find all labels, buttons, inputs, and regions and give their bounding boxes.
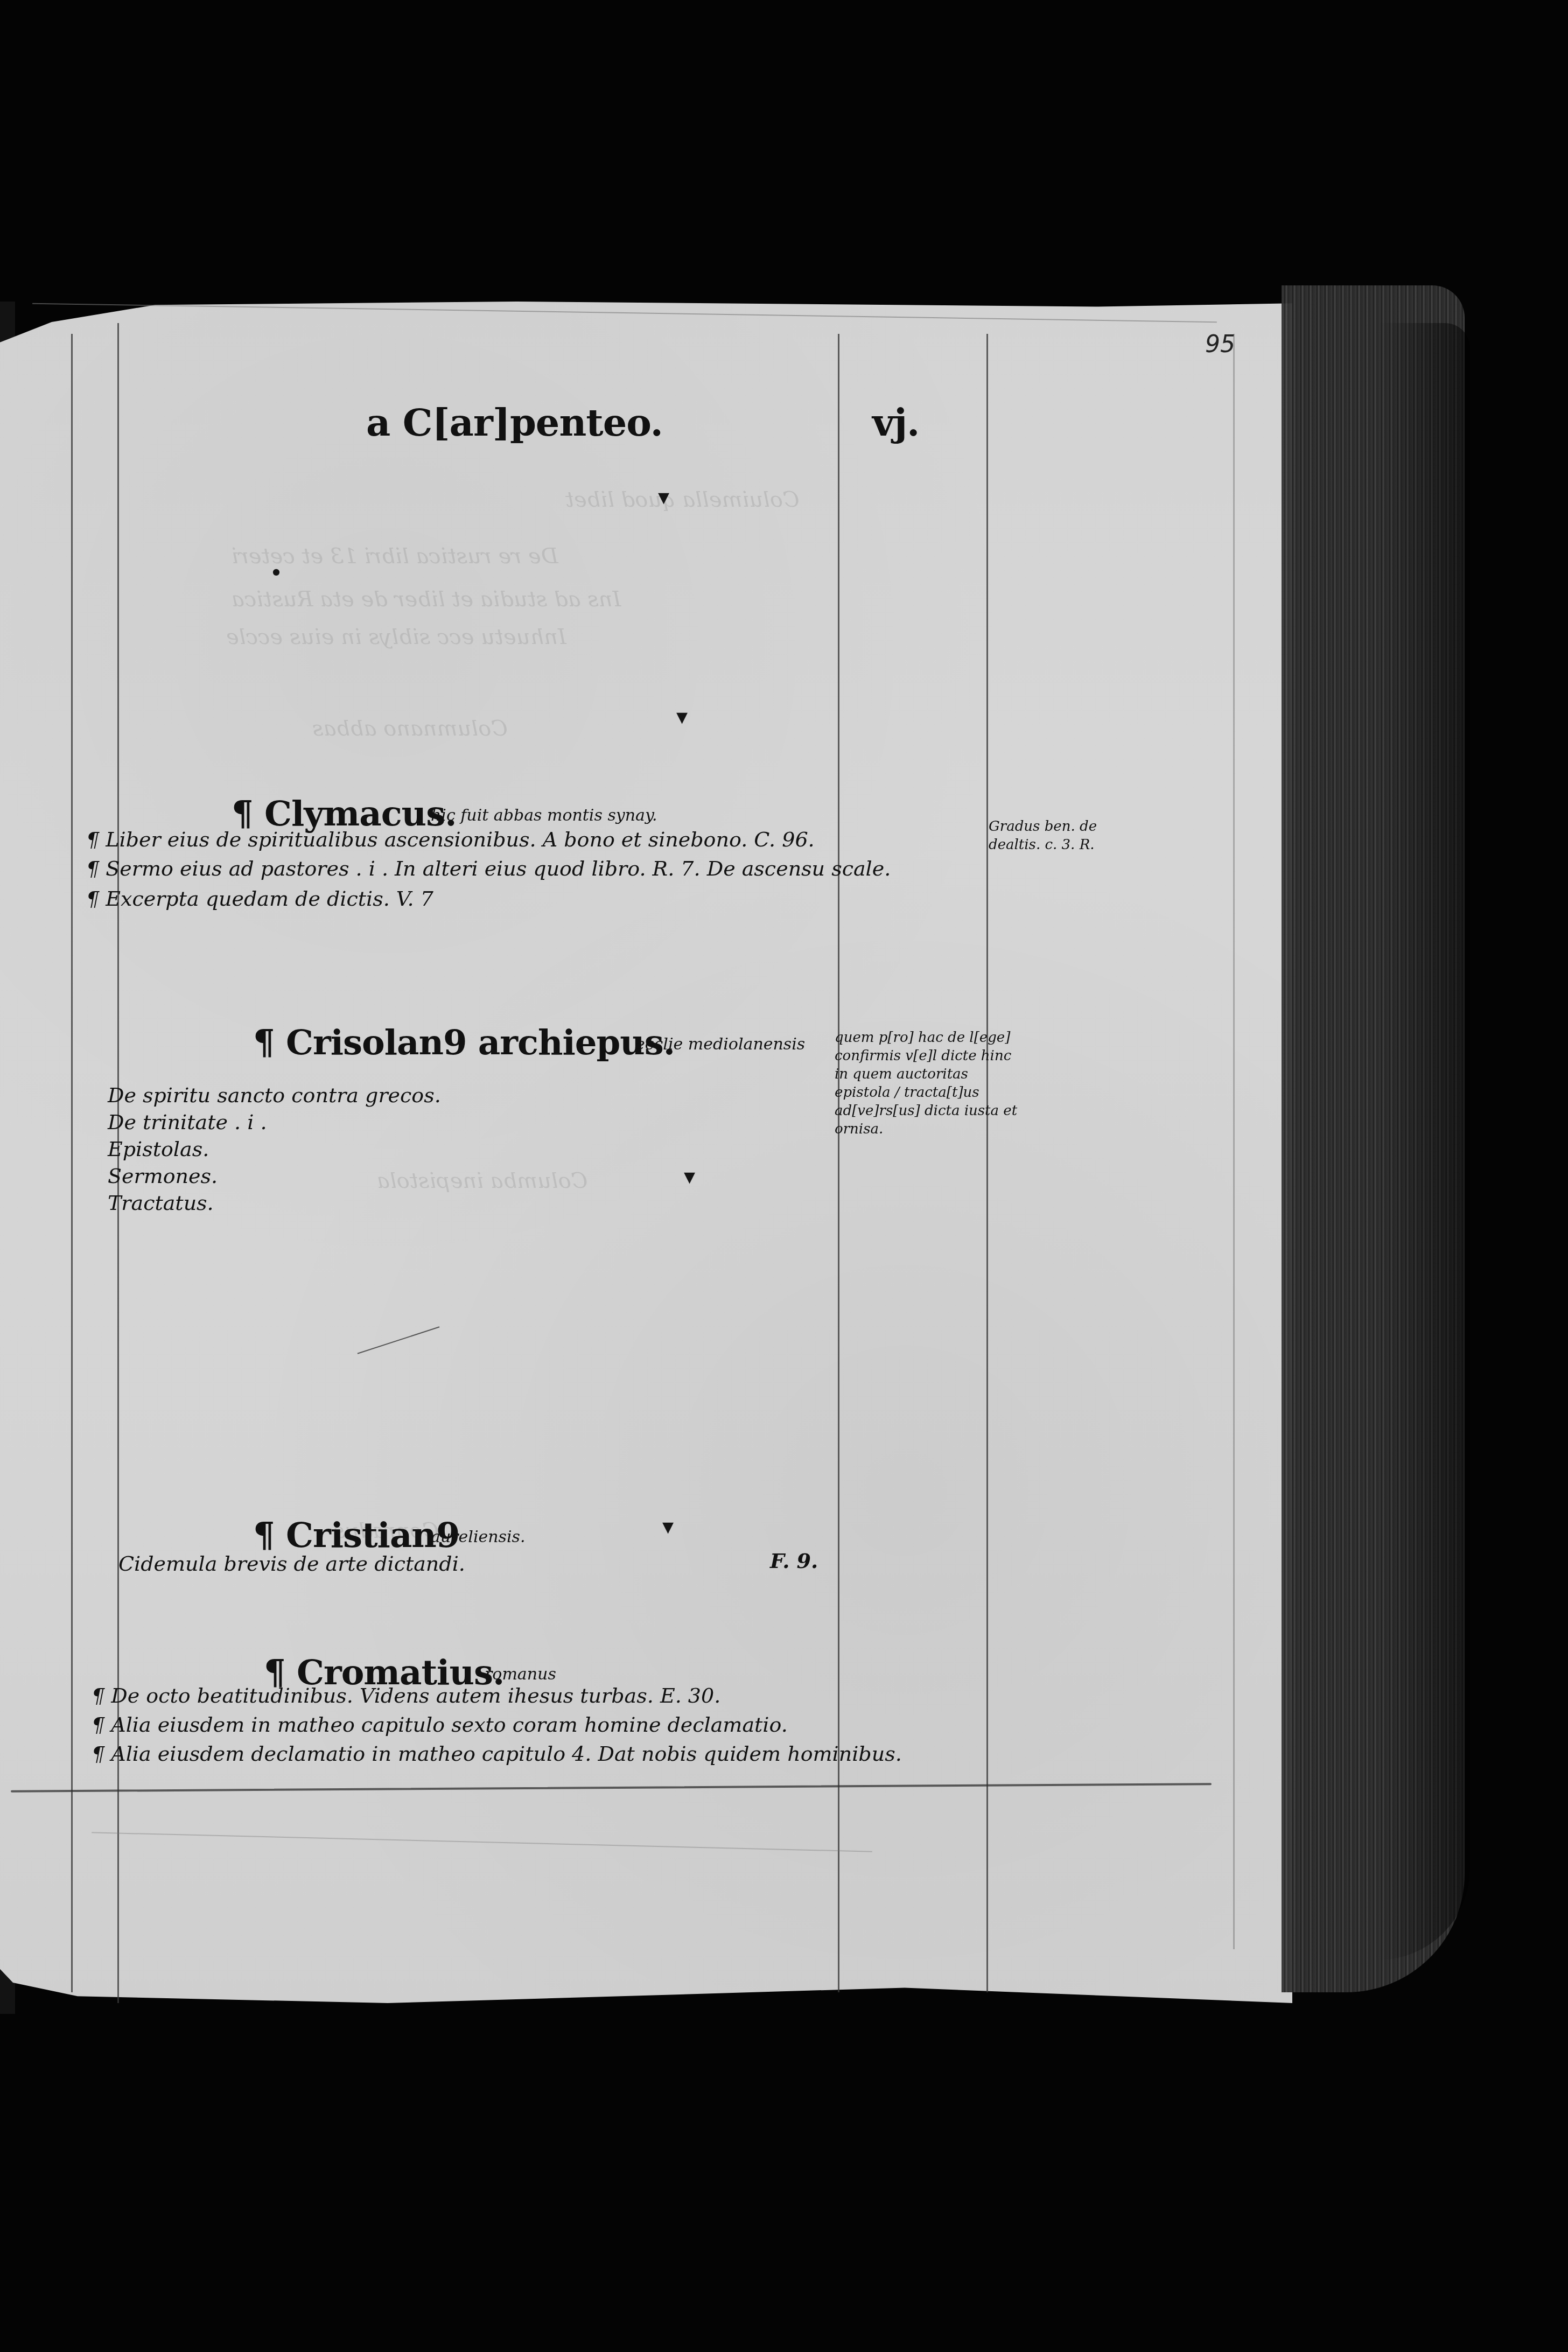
folio-number: 95: [1205, 333, 1235, 356]
entry-heading: ¶ Cristian9: [253, 1518, 459, 1553]
margin-note: quem p[ro] hac de l[ege] confirmis v[e]l…: [835, 1028, 1018, 1138]
ruling-line-outer-left: [71, 334, 73, 1992]
entry-line: ¶ Sermo eius ad pastores . i . In alteri…: [86, 858, 891, 879]
entry-line: ¶ Alia eiusdem in matheo capitulo sexto …: [92, 1714, 788, 1735]
bleed-through-text: De re rustica libri 13 et ceteri: [232, 544, 558, 569]
running-header-number: vj.: [872, 404, 919, 442]
entry-line: ¶ Alia eiusdem declamatio in matheo capi…: [92, 1744, 902, 1764]
ruling-line-center-right: [986, 334, 988, 1992]
shelfmark: F. 9.: [770, 1551, 818, 1571]
ruling-line-right: [1233, 334, 1235, 1949]
entry-line: ¶ Liber eius de spiritualibus ascensioni…: [86, 829, 815, 850]
entry-heading-note: romanus: [485, 1667, 556, 1683]
entry-line: Epistolas.: [108, 1139, 209, 1159]
bleed-through-text: Coluimella quod libet: [565, 487, 800, 512]
guide-mark: ▾: [684, 1163, 695, 1189]
entry-line: De trinitate . i .: [108, 1112, 267, 1132]
bleed-through-text: Ins ad studia et liber de eta Rustica: [232, 587, 621, 612]
margin-note: Gradus ben. de dealtis. c. 3. R.: [989, 817, 1150, 854]
entry-heading-note: aureliensis.: [431, 1529, 526, 1545]
entry-line: Tractatus.: [108, 1193, 214, 1213]
guide-mark: ●: [272, 566, 280, 577]
entry-heading: ¶ Crisolan9 archiepus.: [253, 1026, 675, 1060]
entry-heading: ¶ Clymacus.: [232, 797, 456, 831]
guide-mark: ▾: [658, 484, 669, 510]
running-header-title: a C[ar]penteo.: [366, 404, 663, 442]
entry-heading-note: hic fuit abbas montis synay.: [431, 808, 657, 824]
guide-mark: ▾: [662, 1513, 674, 1539]
bleed-through-text: Columba inepistola: [377, 1168, 587, 1193]
entry-line: De spiritu sancto contra grecos.: [108, 1085, 441, 1105]
fore-edge-shadow: [1378, 323, 1470, 1960]
entry-line: ¶ Excerpta quedam de dictis. V. 7: [86, 888, 433, 909]
guide-mark: ▾: [676, 703, 688, 730]
entry-heading-note: ecclie mediolanensis: [635, 1037, 805, 1053]
entry-line: ¶ De octo beatitudinibus. Videns autem i…: [92, 1685, 720, 1706]
bleed-through-text: Inhuetu ecc siblys in eius eccle: [226, 625, 566, 649]
entry-line: Cidemula brevis de arte dictandi.: [118, 1553, 465, 1574]
entry-line: Sermones.: [108, 1166, 218, 1186]
bleed-through-text: Columnano abbas: [312, 716, 508, 741]
